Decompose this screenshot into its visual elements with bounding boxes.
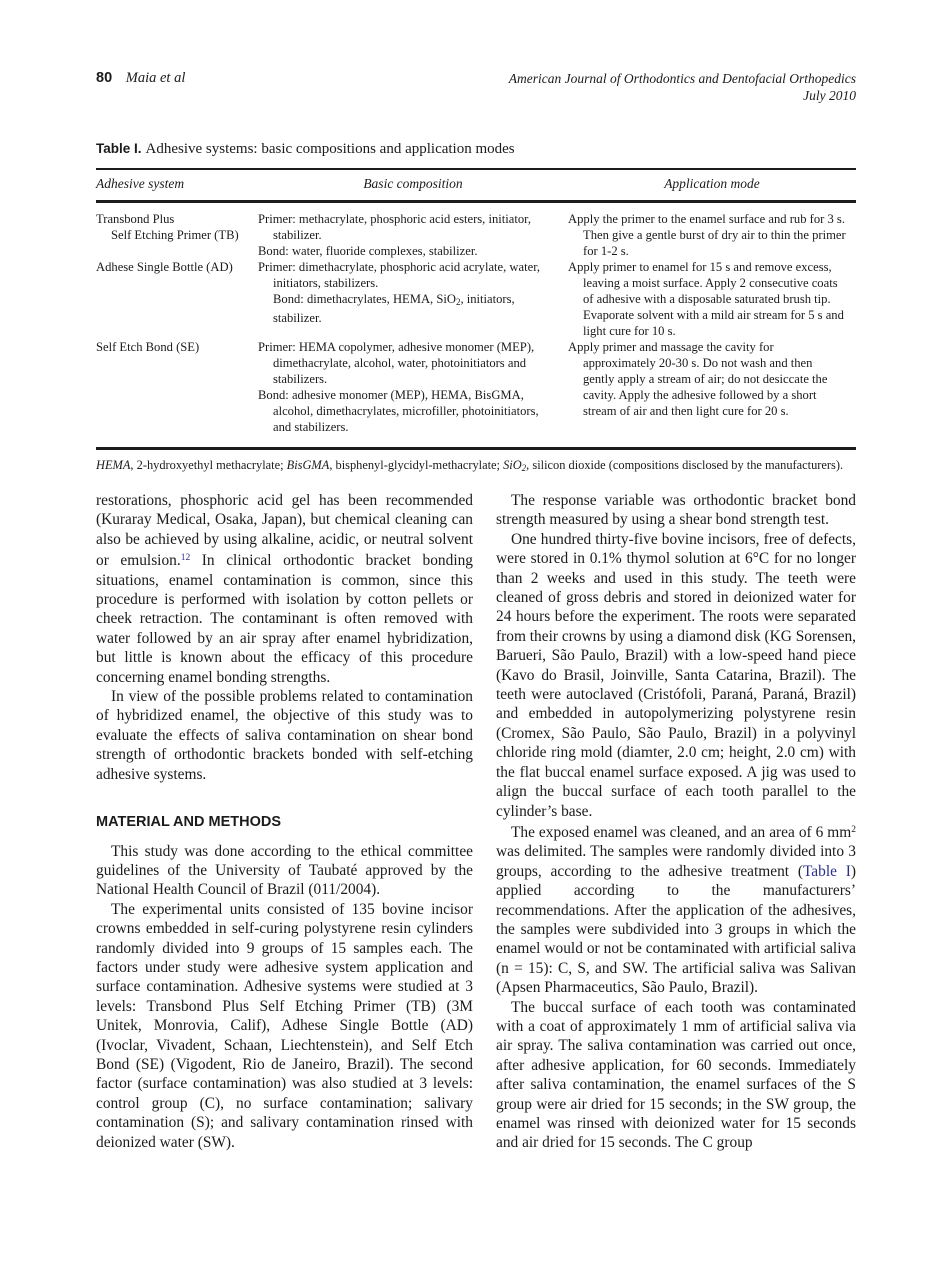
paragraph-text: The exposed enamel was cleaned, and an a… bbox=[511, 824, 851, 841]
footnote-text: , 2-hydroxyethyl methacrylate; bbox=[130, 458, 286, 472]
bond-composition: Bond: water, fluoride complexes, stabili… bbox=[258, 243, 558, 259]
system-name-line: Self Etching Primer (TB) bbox=[96, 227, 248, 243]
cell-basic-composition: Primer: dimethacrylate, phosphoric acid … bbox=[258, 259, 568, 339]
paragraph: One hundred thirty-five bovine incisors,… bbox=[496, 530, 856, 821]
table-body: Transbond Plus Self Etching Primer (TB) … bbox=[96, 203, 856, 450]
abbrev-sio2: SiO2 bbox=[503, 458, 526, 472]
article-body: restorations, phosphoric acid gel has be… bbox=[96, 491, 856, 1153]
cell-adhesive-system: Transbond Plus Self Etching Primer (TB) bbox=[96, 211, 258, 259]
cell-adhesive-system: Adhese Single Bottle (AD) bbox=[96, 259, 258, 339]
cell-application-mode: Apply the primer to the enamel surface a… bbox=[568, 211, 856, 259]
paragraph: restorations, phosphoric acid gel has be… bbox=[96, 491, 473, 687]
journal-title: American Journal of Orthodontics and Den… bbox=[509, 70, 856, 87]
footnote-text: , bisphenyl-glycidyl-methacrylate; bbox=[329, 458, 503, 472]
right-column: The response variable was orthodontic br… bbox=[496, 491, 856, 1153]
paragraph-text: ) applied according to the manufacturers… bbox=[496, 863, 856, 996]
table-label: Table I. bbox=[96, 141, 142, 156]
abbrev-bisgma: BisGMA bbox=[287, 458, 330, 472]
section-heading-material-and-methods: MATERIAL AND METHODS bbox=[96, 813, 473, 832]
table-header-row: Adhesive system Basic composition Applic… bbox=[96, 168, 856, 203]
system-name-line: Adhese Single Bottle (AD) bbox=[96, 259, 248, 275]
paragraph: The exposed enamel was cleaned, and an a… bbox=[496, 821, 856, 998]
table-row: Self Etch Bond (SE) Primer: HEMA copolym… bbox=[96, 339, 856, 435]
page-number: 80 bbox=[96, 70, 112, 86]
footnote-text: , silicon dioxide (compositions disclose… bbox=[526, 458, 843, 472]
cell-application-mode: Apply primer and massage the cavity for … bbox=[568, 339, 856, 435]
table-footnote: HEMA, 2-hydroxyethyl methacrylate; BisGM… bbox=[96, 457, 856, 476]
journal-page: 80 Maia et al American Journal of Orthod… bbox=[0, 0, 950, 1272]
cell-basic-composition: Primer: HEMA copolymer, adhesive monomer… bbox=[258, 339, 568, 435]
bond-composition: Bond: dimethacrylates, HEMA, SiO2, initi… bbox=[258, 291, 558, 326]
footnote-text: SiO bbox=[503, 458, 522, 472]
bond-text: Bond: dimethacrylates, HEMA, SiO bbox=[273, 292, 456, 306]
table-1: Table I.Adhesive systems: basic composit… bbox=[96, 141, 856, 476]
system-name-line: Transbond Plus bbox=[96, 211, 248, 227]
superscript-2: 2 bbox=[851, 825, 856, 835]
bond-composition: Bond: adhesive monomer (MEP), HEMA, BisG… bbox=[258, 387, 558, 435]
table-caption: Table I.Adhesive systems: basic composit… bbox=[96, 141, 856, 158]
paragraph: The response variable was orthodontic br… bbox=[496, 491, 856, 530]
column-header-application-mode: Application mode bbox=[568, 176, 856, 192]
primer-composition: Primer: HEMA copolymer, adhesive monomer… bbox=[258, 339, 558, 387]
running-head-left: 80 Maia et al bbox=[96, 70, 185, 87]
citation-reference-12[interactable]: 12 bbox=[181, 553, 191, 563]
system-name-line: Self Etch Bond (SE) bbox=[96, 339, 248, 355]
cell-adhesive-system: Self Etch Bond (SE) bbox=[96, 339, 258, 435]
primer-composition: Primer: dimethacrylate, phosphoric acid … bbox=[258, 259, 558, 291]
running-head: 80 Maia et al American Journal of Orthod… bbox=[96, 70, 856, 104]
issue-date: July 2010 bbox=[509, 87, 856, 104]
running-authors: Maia et al bbox=[126, 70, 186, 86]
left-column: restorations, phosphoric acid gel has be… bbox=[96, 491, 473, 1153]
paragraph: The buccal surface of each tooth was con… bbox=[496, 998, 856, 1153]
table-1-link[interactable]: Table I bbox=[803, 863, 851, 880]
table-caption-text: Adhesive systems: basic compositions and… bbox=[146, 141, 515, 157]
paragraph: This study was done according to the eth… bbox=[96, 842, 473, 900]
primer-composition: Primer: methacrylate, phosphoric acid es… bbox=[258, 211, 558, 243]
table-row: Transbond Plus Self Etching Primer (TB) … bbox=[96, 211, 856, 259]
column-header-adhesive-system: Adhesive system bbox=[96, 176, 258, 192]
running-head-right: American Journal of Orthodontics and Den… bbox=[509, 70, 856, 104]
paragraph-text: In clinical orthodontic bracket bonding … bbox=[96, 552, 473, 685]
paragraph: In view of the possible problems related… bbox=[96, 687, 473, 784]
paragraph: The experimental units consisted of 135 … bbox=[96, 900, 473, 1152]
cell-application-mode: Apply primer to enamel for 15 s and remo… bbox=[568, 259, 856, 339]
cell-basic-composition: Primer: methacrylate, phosphoric acid es… bbox=[258, 211, 568, 259]
abbrev-hema: HEMA bbox=[96, 458, 130, 472]
column-header-basic-composition: Basic composition bbox=[258, 176, 568, 192]
table-row: Adhese Single Bottle (AD) Primer: dimeth… bbox=[96, 259, 856, 339]
